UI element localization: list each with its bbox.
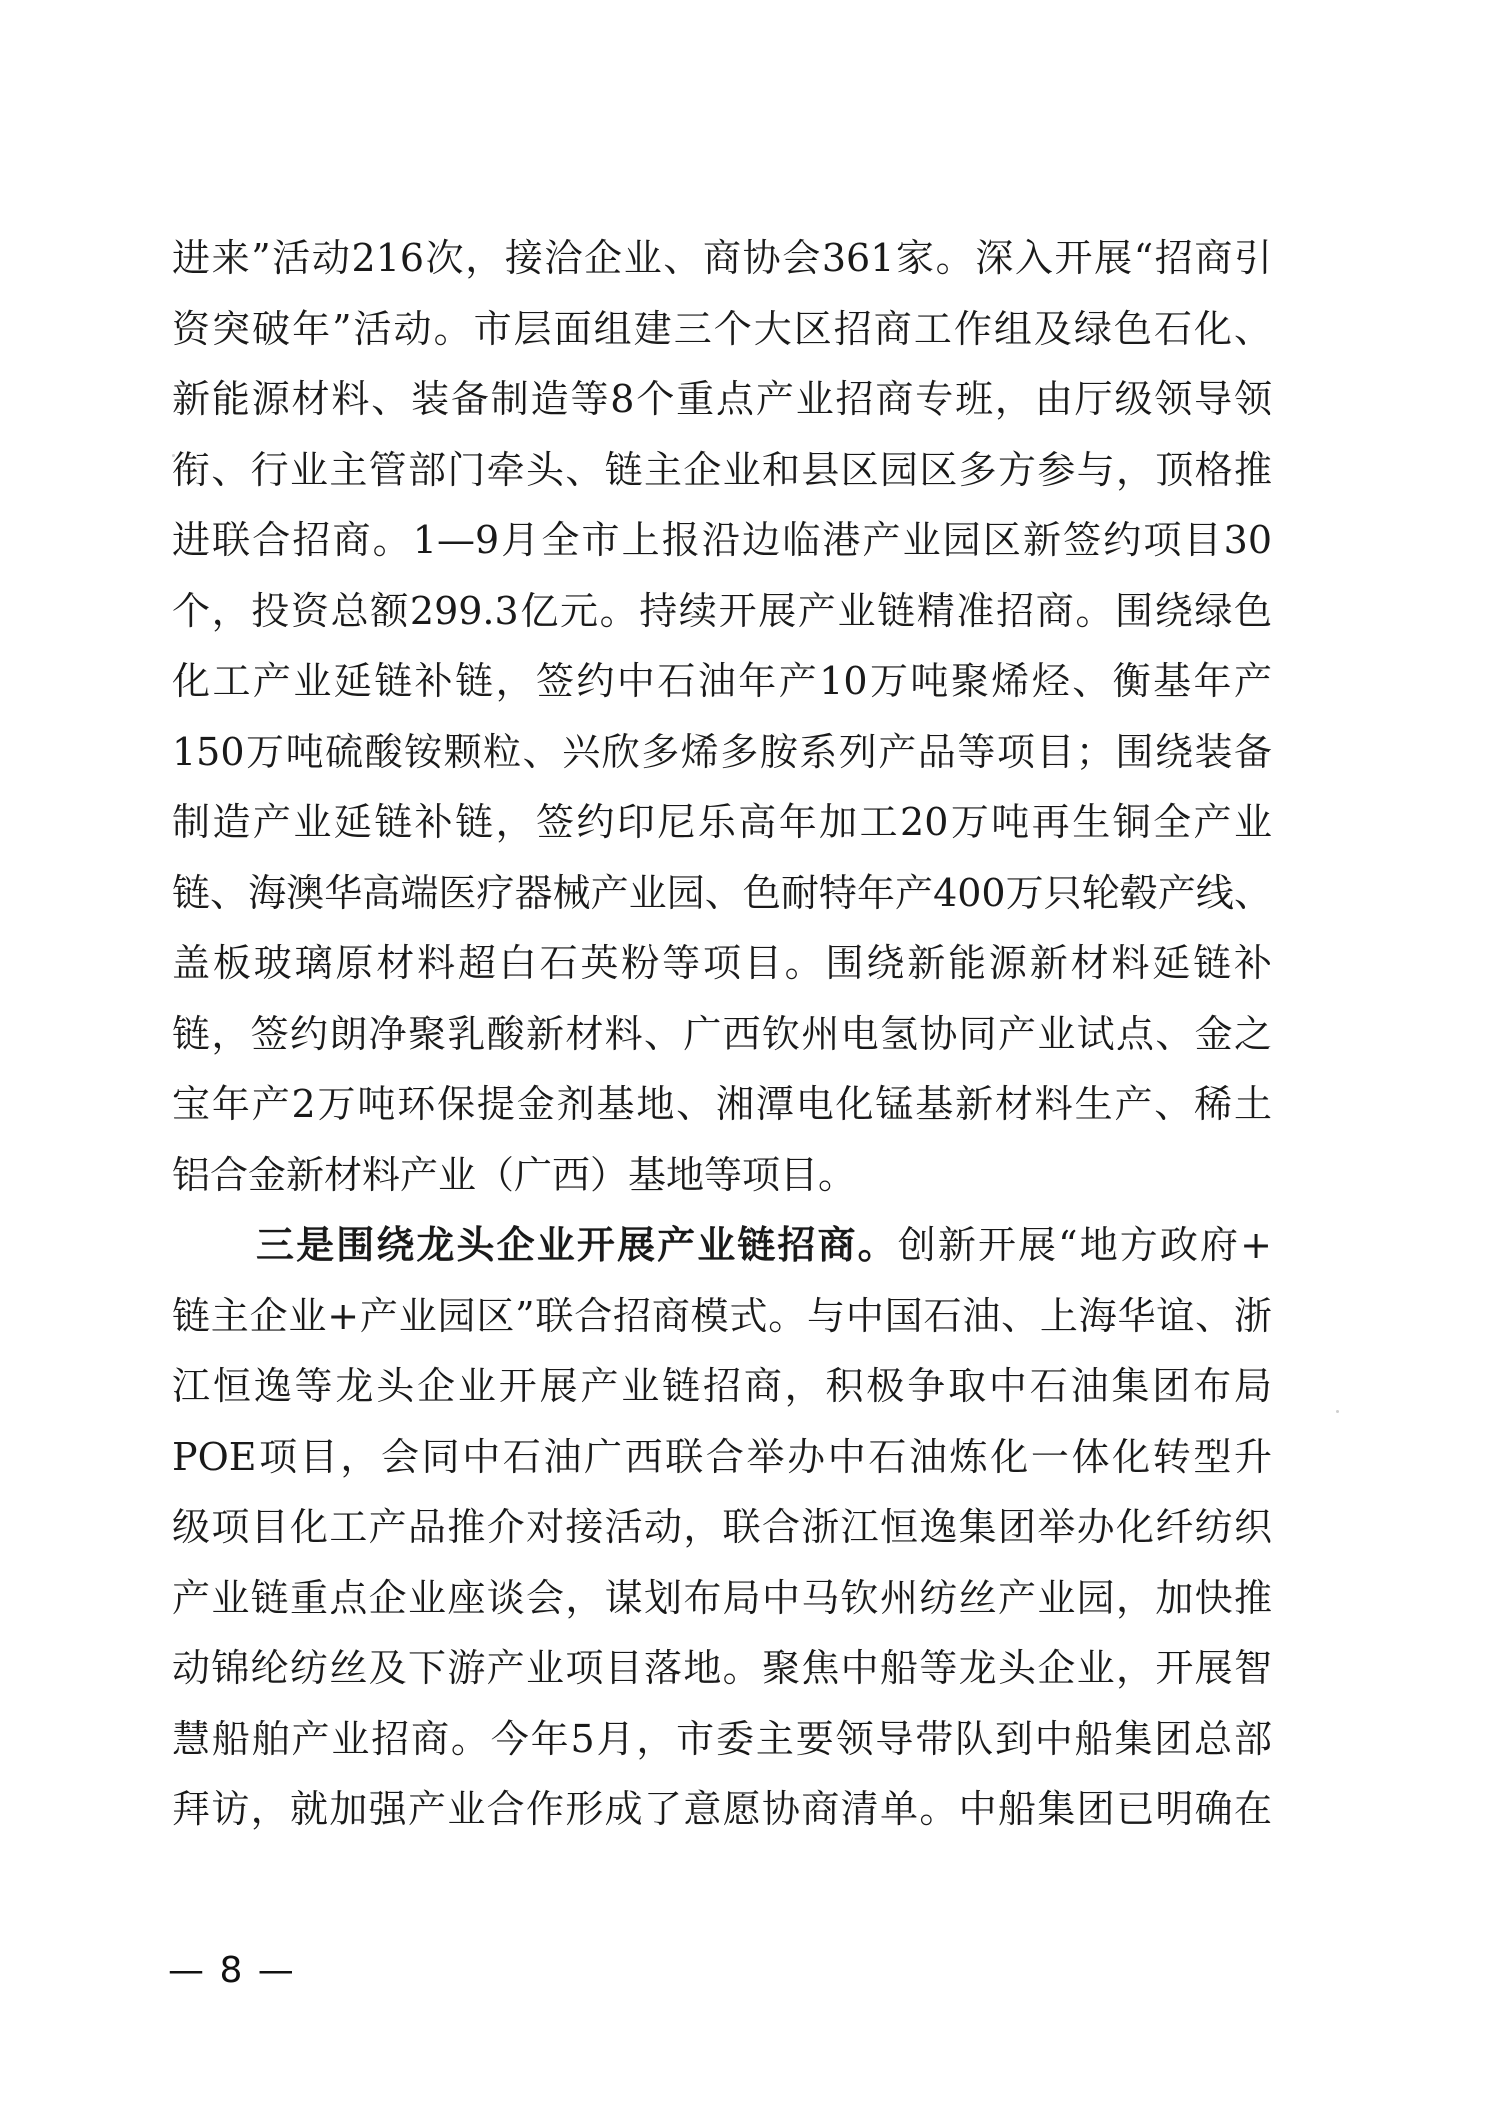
text-line: 进来”活动216次，接洽企业、商协会361家。深入开展“招商引: [172, 226, 1272, 297]
text-line: 拜访，就加强产业合作形成了意愿协商清单。中船集团已明确在: [172, 1777, 1272, 1848]
text-run: 创新开展“地方政府+: [898, 1223, 1272, 1267]
text-line: 进联合招商。1—9月全市上报沿边临港产业园区新签约项目30: [172, 508, 1272, 579]
text-line: 资突破年”活动。市层面组建三个大区招商工作组及绿色石化、: [172, 297, 1272, 368]
document-page: 进来”活动216次，接洽企业、商协会361家。深入开展“招商引 资突破年”活动。…: [0, 0, 1487, 2102]
text-line: 化工产业延链补链，签约中石油年产10万吨聚烯烃、衡基年产: [172, 649, 1272, 720]
text-line: 江恒逸等龙头企业开展产业链招商，积极争取中石油集团布局: [172, 1354, 1272, 1425]
document-body: 进来”活动216次，接洽企业、商协会361家。深入开展“招商引 资突破年”活动。…: [172, 226, 1272, 1848]
text-line: 150万吨硫酸铵颗粒、兴欣多烯多胺系列产品等项目；围绕装备: [172, 720, 1272, 791]
paragraph-first-line: 三是围绕龙头企业开展产业链招商。创新开展“地方政府+: [172, 1213, 1272, 1284]
text-line: 个，投资总额299.3亿元。持续开展产业链精准招商。围绕绿色: [172, 579, 1272, 650]
text-line: POE项目，会同中石油广西联合举办中石油炼化一体化转型升: [172, 1425, 1272, 1496]
text-line: 新能源材料、装备制造等8个重点产业招商专班，由厅级领导领: [172, 367, 1272, 438]
text-line: 慧船舶产业招商。今年5月，市委主要领导带队到中船集团总部: [172, 1707, 1272, 1778]
text-line: 链，签约朗净聚乳酸新材料、广西钦州电氢协同产业试点、金之: [172, 1002, 1272, 1073]
text-line: 衔、行业主管部门牵头、链主企业和县区园区多方参与，顶格推: [172, 438, 1272, 509]
scan-speck: [1336, 1410, 1339, 1413]
text-line: 铝合金新材料产业（广西）基地等项目。: [172, 1143, 1272, 1214]
text-line: 制造产业延链补链，签约印尼乐高年加工20万吨再生铜全产业: [172, 790, 1272, 861]
text-line: 动锦纶纺丝及下游产业项目落地。聚焦中船等龙头企业，开展智: [172, 1636, 1272, 1707]
text-line: 宝年产2万吨环保提金剂基地、湘潭电化锰基新材料生产、稀土: [172, 1072, 1272, 1143]
text-line: 链、海澳华高端医疗器械产业园、色耐特年产400万只轮毂产线、: [172, 861, 1272, 932]
text-line: 级项目化工产品推介对接活动，联合浙江恒逸集团举办化纤纺织: [172, 1495, 1272, 1566]
text-line: 链主企业+产业园区”联合招商模式。与中国石油、上海华谊、浙: [172, 1284, 1272, 1355]
page-number: — 8 —: [168, 1950, 296, 1991]
section-heading: 三是围绕龙头企业开展产业链招商。: [256, 1222, 898, 1267]
text-line: 产业链重点企业座谈会，谋划布局中马钦州纺丝产业园，加快推: [172, 1566, 1272, 1637]
scan-speck: [172, 454, 175, 457]
text-line: 盖板玻璃原材料超白石英粉等项目。围绕新能源新材料延链补: [172, 931, 1272, 1002]
